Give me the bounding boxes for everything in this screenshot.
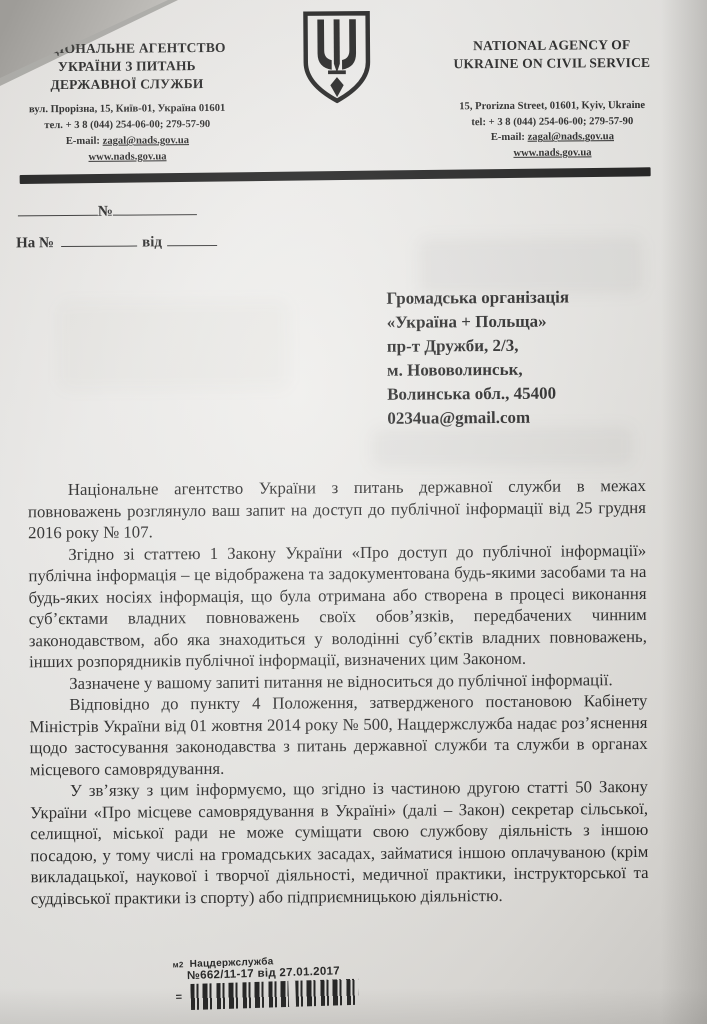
address-line: 15, Prorizna Street, 01601, Kyiv, Ukrain… [425,97,679,115]
phone-line: tel: + 3 8 (044) 254-06-00; 279-57-90 [425,113,679,131]
website-line: www.nads.gov.ua [19,149,235,166]
blank-reply-number-field [61,232,137,248]
number-sign-label: № [98,204,113,220]
email-label: E-mail: [491,132,525,143]
org-name-english: NATIONAL AGENCY OF UKRAINE ON CIVIL SERV… [425,36,679,73]
letter-body: Національне агентство України з питань д… [28,475,649,909]
recipient-line: м. Нововолинськ, [387,357,570,382]
email-line: E-mail: zagal@nads.gov.ua [19,133,235,150]
letterhead-divider-bar [20,167,651,184]
website-line: www.nads.gov.ua [425,145,679,163]
email-line: E-mail: zagal@nads.gov.ua [425,129,679,147]
recipient-line: пр-т Дружби, 2/3, [387,333,570,358]
email-address: zagal@nads.gov.ua [528,132,614,144]
blank-reply-date-field [167,231,217,246]
stamp-mark: = [176,991,183,1003]
email-label: E-mail: [66,136,100,147]
bleedthrough-artifact [59,300,290,390]
phone-line: тел. + 3 8 (044) 254-06-00; 279-57-90 [19,117,235,134]
blank-date-field [18,201,98,217]
body-paragraph: Відповідно до пункту 4 Положення, затвер… [29,690,648,780]
ukraine-trident-coat-of-arms-icon [299,8,374,107]
org-name-line: NATIONAL AGENCY OF [425,36,679,56]
stamp-barcode-row: = [175,979,359,1011]
outgoing-number-line: № [18,200,197,221]
address-line: вул. Прорізна, 15, Київ-01, Україна 0160… [19,101,235,118]
letterhead-right: NATIONAL AGENCY OF UKRAINE ON CIVIL SERV… [425,36,680,163]
blank-number-field [113,200,197,216]
contact-block-ukrainian: вул. Прорізна, 15, Київ-01, Україна 0160… [19,101,235,166]
date-label: від [142,234,162,250]
recipient-line: Волинська обл., 45400 [387,381,570,406]
letter-sheet: НАЦІОНАЛЬНЕ АГЕНТСТВО УКРАЇНИ З ПИТАНЬ Д… [0,0,707,1024]
body-paragraph: У зв’язку з цим інформуємо, що згідно із… [30,776,649,909]
reply-label: На № [16,235,54,251]
registration-barcode-icon [191,979,360,1010]
bleedthrough-artifact [418,236,643,296]
bleedthrough-artifact [371,426,633,468]
scanned-letter-page: НАЦІОНАЛЬНЕ АГЕНТСТВО УКРАЇНИ З ПИТАНЬ Д… [0,0,707,1024]
email-address: zagal@nads.gov.ua [103,135,189,147]
reply-to-number-line: На №від [16,231,217,252]
contact-block-english: 15, Prorizna Street, 01601, Kyiv, Ukrain… [425,97,679,162]
body-paragraph: Згідно зі статтею 1 Закону України «Про … [28,539,647,672]
org-name-line: ДЕРЖАВНОЇ СЛУЖБИ [19,74,235,93]
recipient-address-block: Громадська організація «Україна + Польща… [386,285,570,430]
registration-stamp: м2Нацдержслужба №662/11-17 від 27.01.201… [173,954,360,1011]
body-paragraph: Національне агентство України з питань д… [28,475,646,544]
recipient-line: «Україна + Польща» [387,309,570,334]
org-name-line: UKRAINE ON CIVIL SERVICE [425,54,679,74]
stamp-prefix: м2 [173,960,184,969]
